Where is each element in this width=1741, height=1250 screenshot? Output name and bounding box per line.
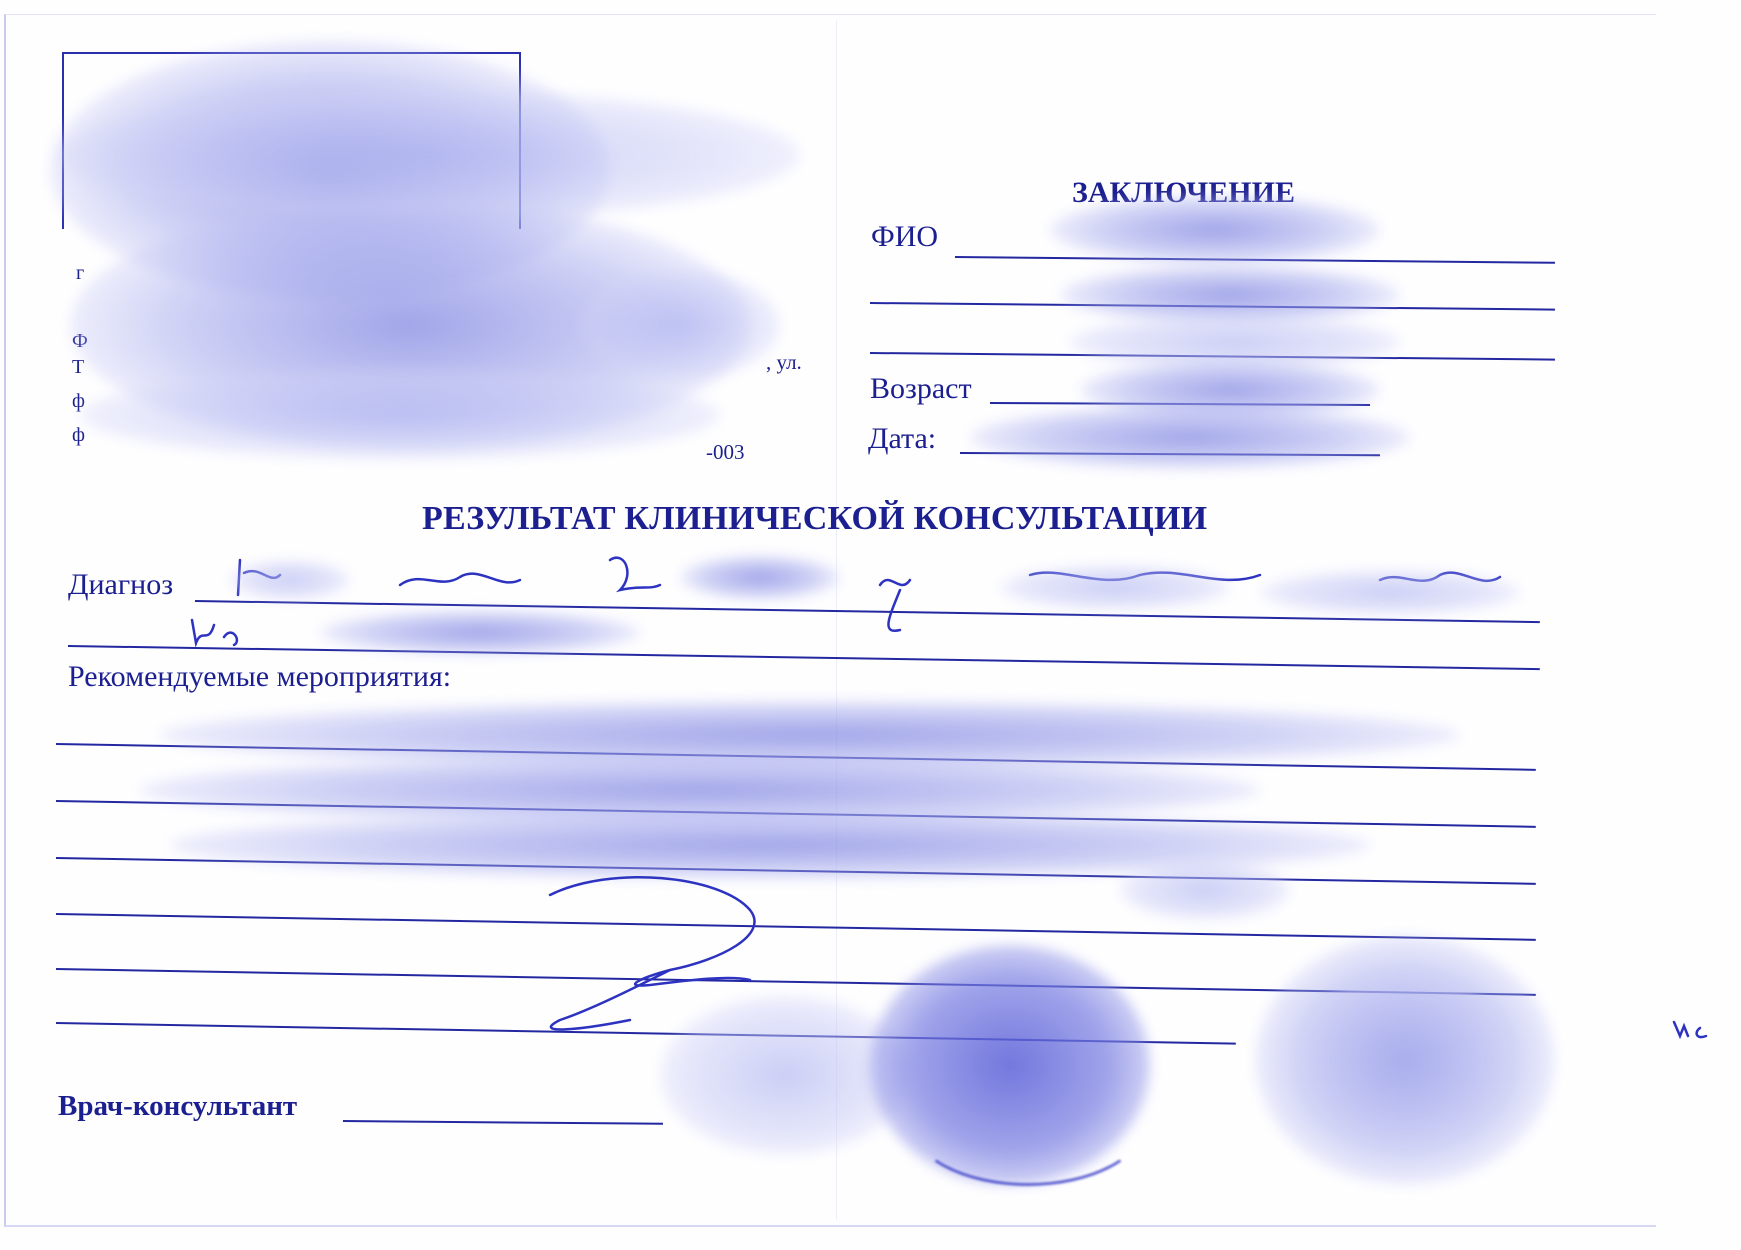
institution-letter-fragment: ф [72,424,85,447]
name-label: ФИО [871,220,938,254]
stamp-redaction [1300,970,1510,1150]
redaction-blur [80,370,720,460]
redaction-blur [680,555,840,600]
redaction-blur [1000,565,1230,610]
redaction-blur [230,560,350,600]
consultation-form-page: г Ф Т ф ф , ул. -003 ЗАКЛЮЧЕНИЕ ФИО Возр… [0,0,1741,1250]
redaction-blur [1120,860,1290,920]
diagnosis-label: Диагноз [68,568,173,602]
institution-street-fragment: , ул. [766,350,802,375]
institution-letter-fragment: г [76,262,84,285]
age-label: Возраст [870,372,972,406]
redaction-blur [580,270,780,380]
date-label: Дата: [868,422,936,456]
redaction-blur [1260,570,1520,615]
institution-code-fragment: -003 [706,440,745,465]
redaction-blur [1050,195,1380,265]
redaction-blur [970,405,1410,470]
margin-mark [1670,1018,1730,1048]
recommendations-label: Рекомендуемые мероприятия: [68,660,451,694]
redaction-blur [320,610,640,655]
doctor-label: Врач-консультант [58,1090,297,1123]
form-title: РЕЗУЛЬТАТ КЛИНИЧЕСКОЙ КОНСУЛЬТАЦИИ [422,500,1207,538]
stamp-outline [910,1060,1146,1186]
